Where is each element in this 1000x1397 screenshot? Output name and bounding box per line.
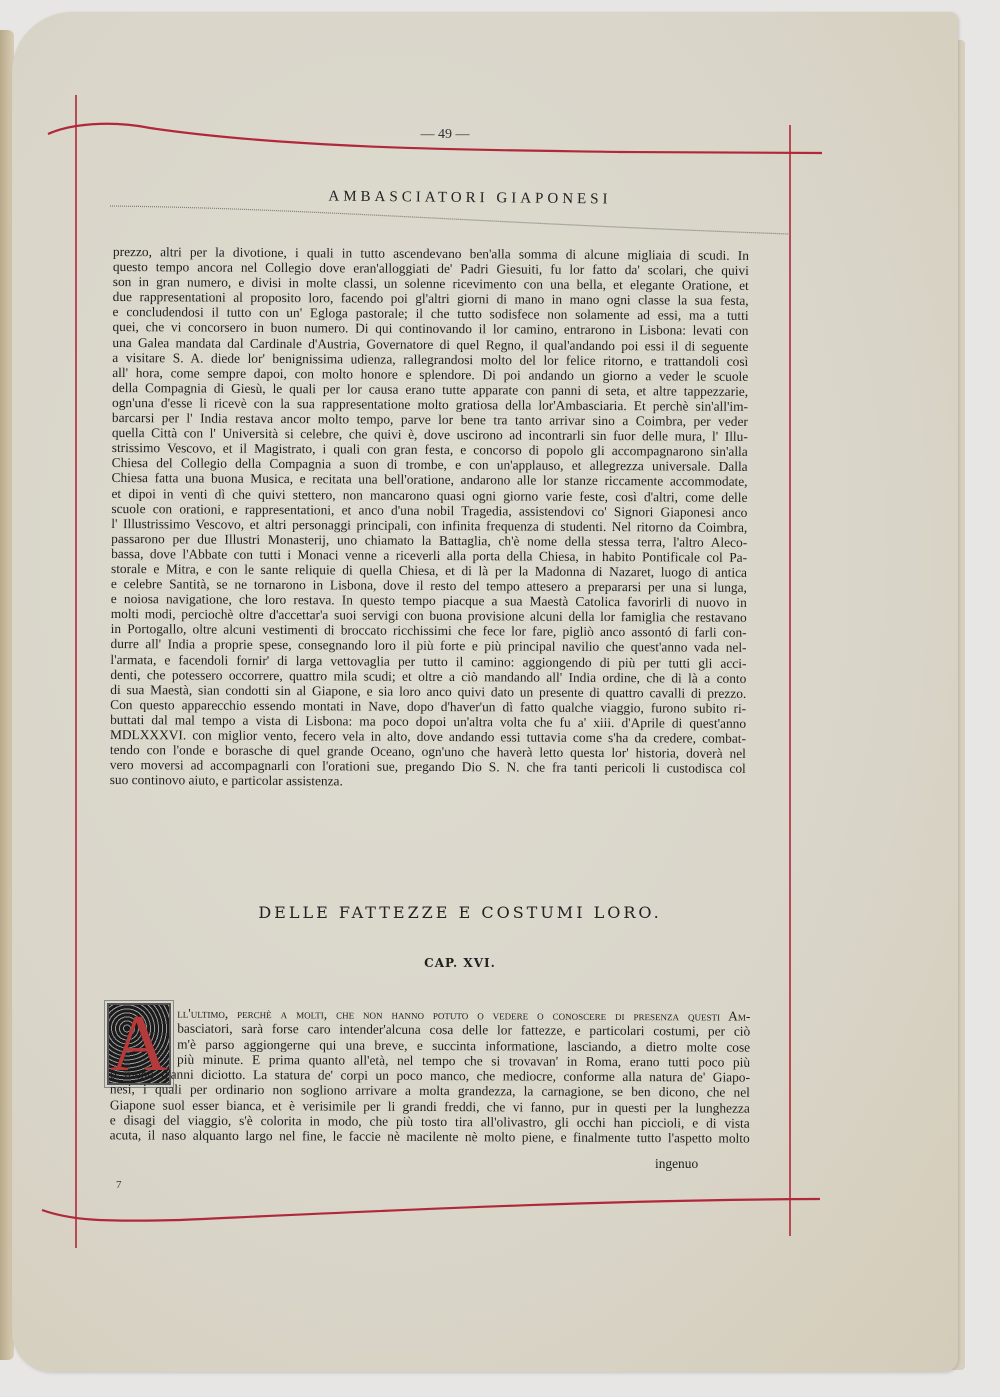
running-head-rule (100, 198, 800, 238)
signature-mark: 7 (116, 1179, 122, 1191)
chapter-text: ll'ultimo, perchè a molti, che non hanno… (110, 1005, 751, 1146)
page-number: — 49 — (0, 127, 890, 143)
catchword: ingenuo (655, 1156, 698, 1172)
body-text: prezzo, altri per la divotione, i quali … (110, 244, 749, 791)
chapter-title: DELLE FATTEZZE E COSTUMI LORO. (200, 903, 720, 922)
chapter-number: CAP. XVI. (200, 956, 720, 970)
